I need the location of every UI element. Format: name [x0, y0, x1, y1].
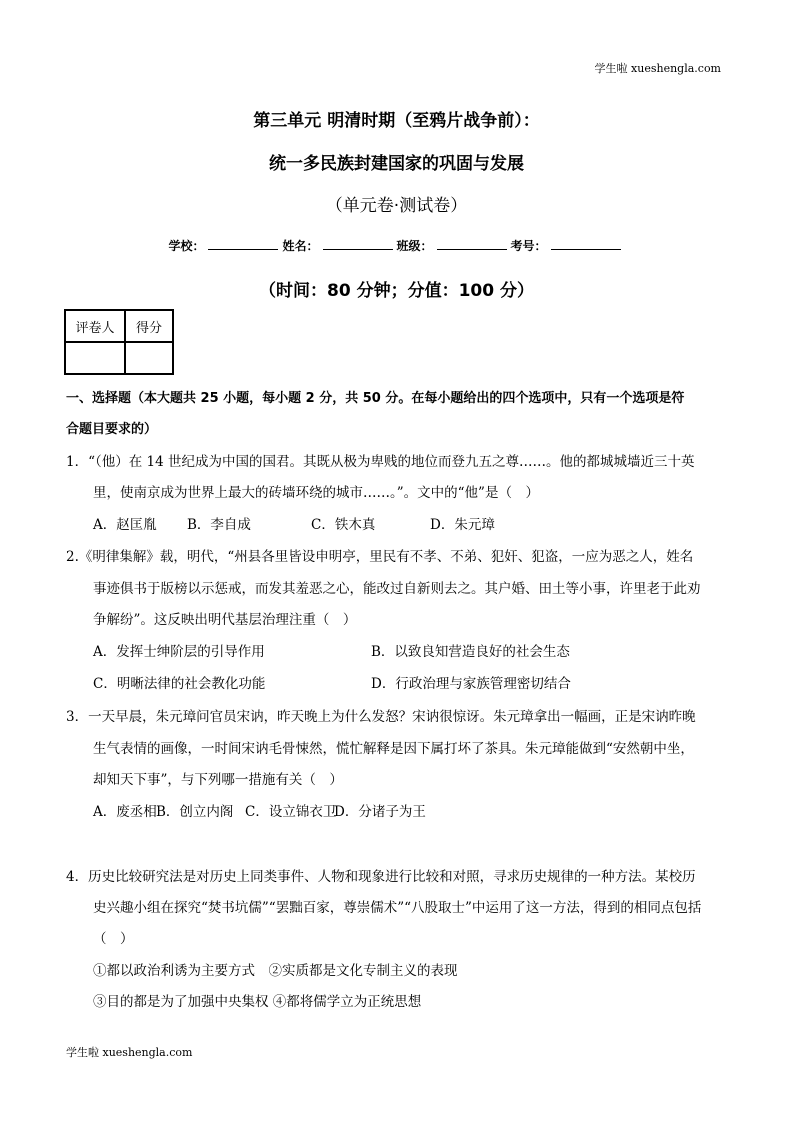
section-heading-line-1: 一、选择题（本大题共 25 小题，每小题 2 分，共 50 分。在每小题给出的四…	[66, 387, 684, 406]
score-header: 得分	[125, 310, 173, 342]
section-heading-line-2: 合题目要求的）	[66, 418, 157, 437]
q1-option-d: D．朱元璋	[430, 513, 495, 533]
grader-header: 评卷人	[65, 310, 125, 342]
time-score-info: （时间：80 分钟；分值：100 分）	[0, 276, 793, 301]
q2-option-d: D．行政治理与家族管理密切结合	[371, 672, 571, 692]
question-1-line-2: 里，使南京成为世界上最大的砖墙环绕的城市……。”。文中的“他”是（ ）	[93, 481, 539, 501]
question-2-line-3: 争解纷”。这反映出明代基层治理注重（ ）	[93, 608, 356, 628]
q3-option-d: D．分诸子为王	[334, 800, 426, 820]
title-line-3: （单元卷·测试卷）	[0, 191, 793, 216]
school-blank[interactable]	[208, 237, 278, 250]
footer-watermark: 学生啦 xueshengla.com	[66, 1044, 192, 1060]
q2-option-a: A．发挥士绅阶层的引导作用	[93, 640, 265, 660]
q4-statement-1-2: ①都以政治利诱为主要方式 ②实质都是文化专制主义的表现	[93, 959, 458, 979]
exam-no-blank[interactable]	[551, 237, 621, 250]
title-line-1: 第三单元 明清时期（至鸦片战争前）：	[0, 106, 793, 131]
class-blank[interactable]	[437, 237, 507, 250]
q1-option-b: B．李自成	[187, 513, 251, 533]
question-4-line-1: 4．历史比较研究法是对历史上同类事件、人物和现象进行比较和对照，寻求历史规律的一…	[66, 865, 696, 885]
question-4-line-2: 史兴趣小组在探究“焚书坑儒”“罢黜百家，尊崇儒术”“八股取士”中运用了这一方法，…	[93, 896, 701, 916]
question-2-line-2: 事迹俱书于版榜以示惩戒，而发其羞恶之心，能改过自新则去之。其户婚、田土等小事，许…	[93, 577, 701, 597]
grader-cell[interactable]	[65, 342, 125, 374]
name-blank[interactable]	[323, 237, 393, 250]
q2-option-c: C．明晰法律的社会教化功能	[93, 672, 265, 692]
q3-option-b: B．创立内阁	[156, 800, 233, 820]
score-cell[interactable]	[125, 342, 173, 374]
q4-statement-3-4: ③目的都是为了加强中央集权 ④都将儒学立为正统思想	[93, 990, 421, 1010]
q1-option-c: C．铁木真	[311, 513, 375, 533]
exam-no-label: 考号：	[511, 239, 547, 253]
school-label: 学校：	[168, 239, 204, 253]
q3-option-c: C．设立锦衣卫	[245, 800, 336, 820]
class-label: 班级：	[397, 239, 433, 253]
question-1-line-1: 1．“（他）在 14 世纪成为中国的国君。其既从极为卑贱的地位而登九五之尊……。…	[66, 450, 695, 470]
name-label: 姓名：	[282, 239, 318, 253]
question-2-line-1: 2.《明律集解》载，明代，“州县各里皆设申明亭，里民有不孝、不弟、犯奸、犯盗，一…	[66, 545, 693, 565]
student-info-row: 学校：姓名：班级：考号：	[0, 237, 793, 254]
question-3-line-3: 却知天下事”，与下列哪一措施有关（ ）	[93, 768, 343, 788]
q3-option-a: A．废丞相	[93, 800, 157, 820]
question-4-line-3: （ ）	[93, 927, 134, 947]
q1-option-a: A．赵匡胤	[93, 513, 157, 533]
question-3-line-2: 生气表情的画像，一时间宋讷毛骨悚然，慌忙解释是因下属打坏了茶具。朱元璋能做到“安…	[93, 737, 694, 757]
score-table: 评卷人 得分	[64, 309, 174, 375]
title-line-2: 统一多民族封建国家的巩固与发展	[0, 149, 793, 174]
question-3-line-1: 3．一天早晨，朱元璋问官员宋讷，昨天晚上为什么发怒？宋讷很惊讶。朱元璋拿出一幅画…	[66, 705, 696, 725]
header-watermark: 学生啦 xueshengla.com	[595, 60, 721, 76]
q2-option-b: B．以致良知营造良好的社会生态	[371, 640, 570, 660]
